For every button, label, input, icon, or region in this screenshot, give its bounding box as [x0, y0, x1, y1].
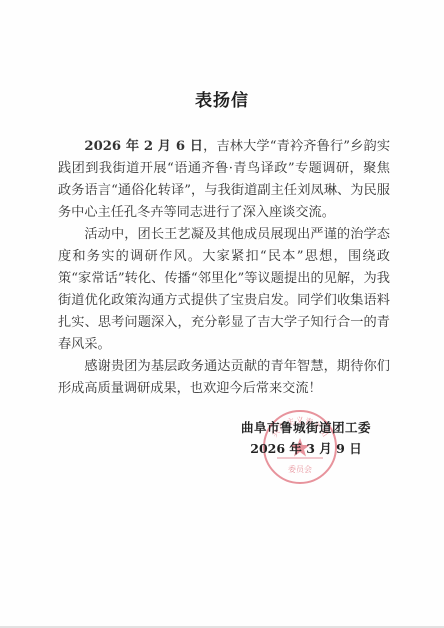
- letter-page: 表扬信 2026 年 2 月 6 日，吉林大学“青衿齐鲁行”乡韵实践团到我街道开…: [0, 0, 444, 628]
- signature-organization: 曲阜市鲁城街道团工委: [236, 418, 376, 438]
- paragraph-1: 2026 年 2 月 6 日，吉林大学“青衿齐鲁行”乡韵实践团到我街道开展“语通…: [58, 136, 390, 224]
- paragraph-2: 活动中，团长王艺凝及其他成员展现出严谨的治学态度和务实的调研作风。大家紧扣“民本…: [58, 224, 390, 356]
- letter-body: 2026 年 2 月 6 日，吉林大学“青衿齐鲁行”乡韵实践团到我街道开展“语通…: [58, 136, 390, 400]
- seal-bottom-text: 委员会: [288, 464, 312, 474]
- paragraph-3: 感谢贵团为基层政务通达贡献的青年智慧，期待你们形成高质量调研成果，也欢迎今后常来…: [58, 356, 390, 400]
- page-title: 表扬信: [0, 86, 444, 111]
- paragraph-1-date: 2026 年 2 月 6 日: [84, 139, 203, 154]
- signature-block: 曲阜市鲁城街道团工委 2026 年 3 月 9 日: [236, 418, 376, 460]
- signature-date: 2026 年 3 月 9 日: [236, 438, 376, 460]
